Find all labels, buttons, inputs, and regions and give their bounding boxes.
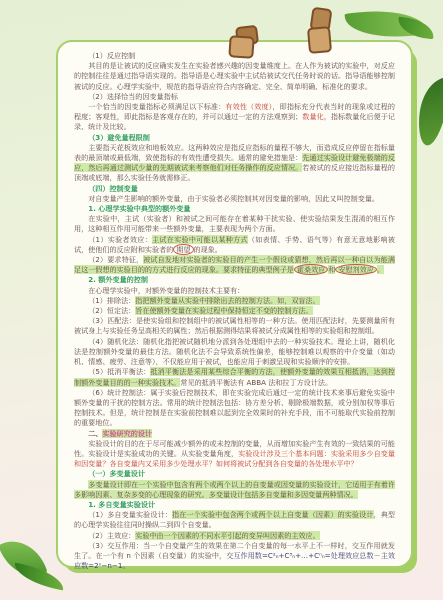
text-segment: 期望 [173,244,193,255]
doc-green-heading: 1. 心理学实验中典型的额外变量 [74,204,395,214]
text-segment: 数量化 [302,112,323,121]
doc-paragraph: 实验设计的目的在于尽可能减少额外的或未控制的变量，从而增加实验产生有效的一致结果… [74,439,395,470]
text-segment: 旨在使额外变量在实验过程中保持恒定不变的控制方法。 [135,306,312,315]
doc-paragraph: 其目的是让被试的反应确实发生在实验者感兴趣的因变量维度上。在人作为被试的实验中，… [74,61,395,92]
text-segment: （1）多自变量实验设计： [88,510,172,519]
doc-paragraph: 多变量设计即在一个实验中包含有两个或两个以上的自变量或因变量的实验设计，它适用于… [74,480,395,500]
document-card: （1）反应控制 其目的是让被试的反应确实发生在实验者感兴趣的因变量维度上。在人作… [56,40,413,568]
text-segment: （一）多变量设计 [88,469,145,478]
text-segment: 二、 [88,429,102,438]
doc-green-heading: （四）控制变量 [74,184,395,194]
doc-paragraph: （2）主效应：实验中由一个因素的不同水平引起的变异叫因素的主效应。 [74,531,395,541]
text-segment: 实验研究的设计 [102,429,152,438]
doc-paragraph: （1）排除法：指把额外变量从实验中排除出去的控制方法。如，双盲法。 [74,296,395,306]
text-segment: 一个恰当的因变量指标必须满足以下标准： [88,102,225,111]
doc-paragraph: （1）多自变量实验设计：指在一个实验中包含两个或两个以上自变量（因素）的实验设计… [74,510,395,530]
text-segment: 实验中由一个因素的不同水平引起的变异叫因素的主效应。 [135,531,319,540]
doc-heading: （2）选择恰当的因变量指标 [74,92,395,102]
text-segment: 1. 多自变量实验设计 [88,500,155,509]
text-segment: 霍桑效应 [294,264,328,275]
doc-paragraph: （4）随机化法：随机化指把被试随机地分派到各处理组中去的一种实验技术。理论上讲，… [74,337,395,368]
text-segment: 的现象。 [194,245,222,254]
leaf-icon [416,75,443,148]
text-segment: 在心理学实验中，对额外变量的控制技术主要有： [88,286,244,295]
text-segment: （四）控制变量 [88,184,138,193]
text-segment: 对自变量产生影响的额外变量，由于实验者必须控制其对因变量的影响，因此又叫控制变量… [88,194,379,203]
text-segment: （5）抵消平衡法： [88,367,150,376]
sticky-notes-icon [226,26,270,64]
doc-paragraph: 在实验中，主试（实验者）和被试之间可能存在着某种干扰实验、使实验结果发生混淆的相… [74,214,395,234]
doc-section-heading: 二、实验研究的设计 [74,429,395,439]
text-segment: （1）反应控制 [88,51,135,60]
doc-paragraph: 对自变量产生影响的额外变量，由于实验者必须控制其对因变量的影响，因此又叫控制变量… [74,194,395,204]
doc-paragraph: （6）统计控制法：属于实验后控制技术，即在实验完成后通过一定的统计技术来事后避免… [74,388,395,429]
sticky-note-icon [307,26,332,54]
doc-green-heading: 2. 额外变量的控制 [74,275,395,285]
doc-paragraph: （5）抵消平衡法：抵消平衡法是采用某些综合平衡的方法，使额外变量的效果互相抵消，… [74,367,395,387]
doc-paragraph: 在心理学实验中，对额外变量的控制技术主要有： [74,286,395,296]
doc-green-heading: （3）避免量程限制 [74,133,395,143]
text-segment: 。 [377,265,384,274]
text-segment: 多变量设计即在一个实验中包含有两个或两个以上的自变量或因变量的实验设计，它适用于… [74,480,395,499]
text-segment: （3）避免量程限制 [88,133,150,142]
text-segment: （6）统计控制法：属于实验后控制技术，即在实验完成后通过一定的统计技术来事后避免… [74,388,395,428]
text-segment: 指把额外变量从实验中排除出去的控制方法。如，双盲法。 [135,296,319,305]
text-segment: 常见的抵消平衡法有 ABBA 法和拉丁方设计法。 [180,378,332,387]
text-segment: （3）匹配法：是使实验组和控制组中的被试属性相等的一种方法。使用匹配法时，先要测… [74,316,395,335]
doc-paragraph: （2）恒定法：旨在使额外变量在实验过程中保持恒定不变的控制方法。 [74,306,395,316]
text-segment: 主试在实验中可能以某种方式 [152,235,248,244]
text-segment: 1. 心理学实验中典型的额外变量 [88,204,190,213]
doc-paragraph: （1）实验者效应：主试在实验中可能以某种方式（如表情、手势、语气等）有意无意地影… [74,235,395,255]
text-segment: （1）排除法： [88,296,135,305]
doc-paragraph: 主要指天花板效应和地板效应。这两种效应是指反应指标的量程不够大，而造成反应停留在… [74,143,395,184]
doc-paragraph: （2）要求特征，被试自发地对实验者的实验目的产生一个假设或猜想，然后再以一种自以… [74,255,395,275]
doc-paragraph: （3）匹配法：是使实验组和控制组中的被试属性相等的一种方法。使用匹配法时，先要测… [74,316,395,336]
text-segment: （2）要求特征， [88,255,143,264]
sticky-notes-icon [304,8,346,62]
doc-paragraph: （3）交互作用：当一个自变量产生的效果在第二个自变量的每一水平上不一样时，交互作… [74,541,395,572]
document-content: （1）反应控制 其目的是让被试的反应确实发生在实验者感兴趣的因变量维度上。在人作… [74,51,395,571]
text-segment: （2）选择恰当的因变量指标 [88,92,178,101]
text-segment: （4）随机化法：随机化指把被试随机地分派到各处理组中去的一种实验技术。理论上讲，… [74,337,395,366]
text-segment: 2. 额外变量的控制 [88,275,148,284]
doc-green-heading: （一）多变量设计 [74,469,395,479]
text-segment: 其目的是让被试的反应确实发生在实验者感兴趣的因变量维度上。在人作为被试的实验中，… [74,61,395,90]
text-segment: （2）恒定法： [88,306,135,315]
text-segment: 有效性（效度） [225,102,272,111]
text-segment: 安慰剂效应 [335,264,376,275]
text-segment: 指在一个实验中包含两个或两个以上自变量（因素）的实验设计 [172,510,374,519]
text-segment: （1）实验者效应： [88,235,152,244]
text-segment: （2）主效应： [88,531,135,540]
scanned-page: { "page": { "type": "scanned-textbook-pa… [0,0,443,600]
text-segment: 在实验中，主试（实验者）和被试之间可能存在着某种干扰实验、使实验结果发生混淆的相… [74,214,395,233]
sticky-note-icon [228,35,254,59]
doc-green-heading: 1. 多自变量实验设计 [74,500,395,510]
doc-paragraph: 一个恰当的因变量指标必须满足以下标准：有效性（效度），即指标充分代表当时的现象或… [74,102,395,133]
